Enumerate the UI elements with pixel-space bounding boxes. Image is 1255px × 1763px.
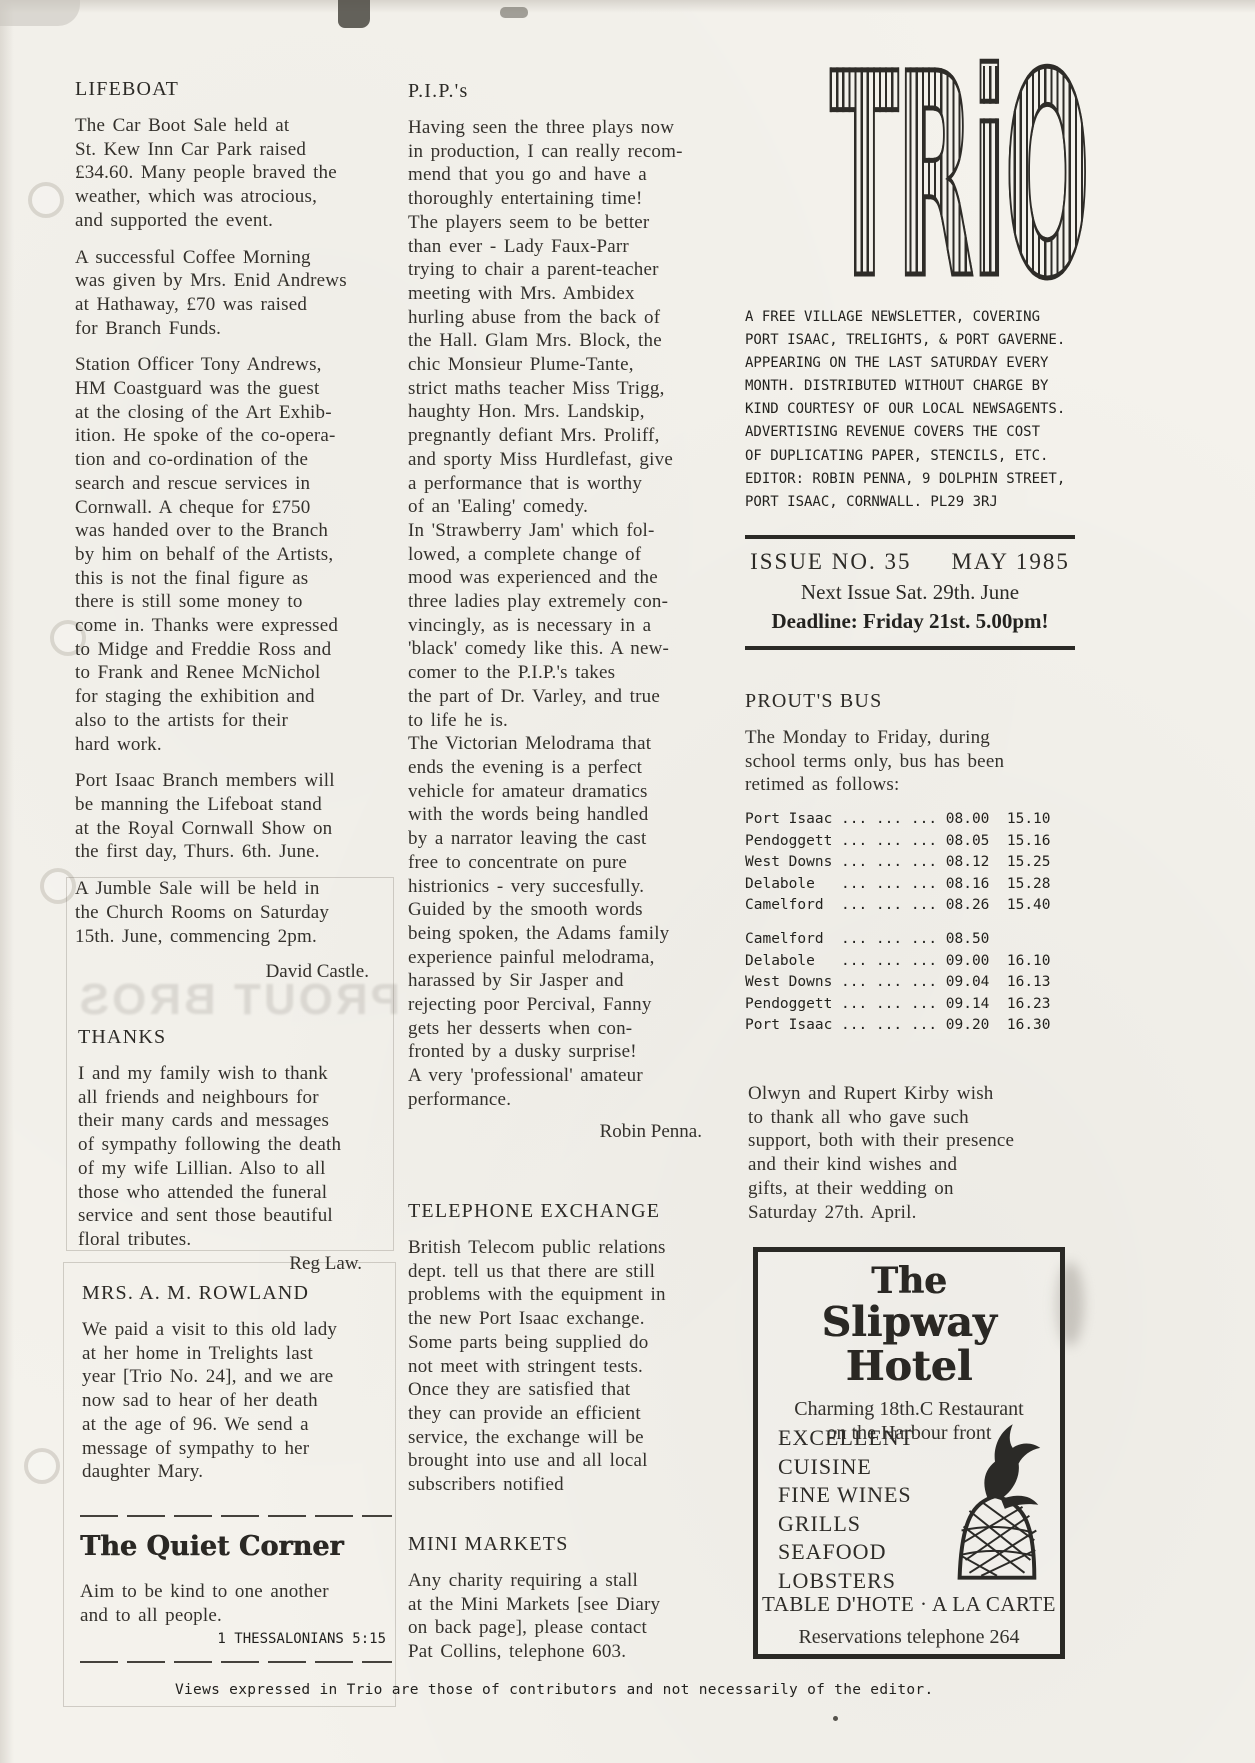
article-prouts-bus: PROUT'S BUS The Monday to Friday, during… [745, 690, 1070, 1037]
hotel-name-line2: Slipway Hotel [758, 1300, 1060, 1388]
scripture-citation: 1 THESSALONIANS 5:15 [80, 1631, 392, 1647]
bus-time: 08.05 [946, 831, 1007, 853]
feature-item: FINE WINES [778, 1481, 914, 1510]
bus-stop: West Downs [745, 972, 841, 994]
wedding-thanks-paragraph: Olwyn and Rupert Kirby wish to thank all… [748, 1082, 1070, 1224]
article-bus-heading: PROUT'S BUS [745, 690, 1070, 713]
signature: David Castle. [75, 961, 397, 983]
bus-dots: ... ... ... [841, 831, 946, 853]
article-rowland-heading: MRS. A. M. ROWLAND [82, 1282, 394, 1305]
bus-time: 15.25 [1007, 852, 1068, 874]
article-telephone-exchange: TELEPHONE EXCHANGE British Telecom publi… [408, 1200, 744, 1510]
bus-stop: West Downs [745, 852, 841, 874]
paragraph: Aim to be kind to one another and to all… [80, 1580, 392, 1627]
article-thanks: THANKS I and my family wish to thank all… [78, 1026, 394, 1275]
bus-dots: ... ... ... [841, 895, 946, 917]
bus-timetable-morning-group: Port Isaac... ... ...08.0015.10Pendogget… [745, 809, 1070, 917]
scan-edge-left [0, 0, 14, 1763]
feature-item: SEAFOOD [778, 1538, 914, 1567]
issue-number-line: ISSUE NO. 35 MAY 1985 [749, 549, 1071, 575]
bus-dots: ... ... ... [841, 994, 946, 1016]
article-pips: P.I.P.'s Having seen the three plays now… [408, 80, 744, 1143]
trio-masthead-logo: TRiO [830, 66, 1070, 294]
bus-time: 15.10 [1007, 809, 1068, 831]
article-lifeboat-heading: LIFEBOAT [75, 78, 397, 101]
article-mini-markets-heading: MINI MARKETS [408, 1533, 744, 1556]
paragraph: The Car Boot Sale held at St. Kew Inn Ca… [75, 114, 397, 233]
bus-time: 09.04 [946, 972, 1007, 994]
bus-stop: Camelford [745, 895, 841, 917]
bus-timetable-row: West Downs... ... ...08.1215.25 [745, 852, 1070, 874]
bus-stop: Delabole [745, 874, 841, 896]
paragraph: We paid a visit to this old lady at her … [82, 1318, 394, 1484]
signature: Robin Penna. [408, 1121, 744, 1143]
bus-stop: Port Isaac [745, 1015, 841, 1037]
scan-artifact-mark [500, 7, 528, 18]
issue-number: ISSUE NO. 35 [750, 549, 911, 575]
bus-time: 15.40 [1007, 895, 1068, 917]
issue-info-box: ISSUE NO. 35 MAY 1985 Next Issue Sat. 29… [745, 535, 1075, 650]
bus-timetable-row: Pendoggett... ... ...08.0515.16 [745, 831, 1070, 853]
bus-time: 08.12 [946, 852, 1007, 874]
article-pips-heading: P.I.P.'s [408, 80, 744, 103]
feature-item: GRILLS [778, 1510, 914, 1539]
bus-stop: Camelford [745, 929, 841, 951]
scanned-newsletter-page: { "page": { "footer": "Views expressed i… [0, 0, 1255, 1763]
bus-timetable-row: Port Isaac... ... ...09.2016.30 [745, 1015, 1070, 1037]
bus-time: 16.13 [1007, 972, 1068, 994]
hole-punch [24, 1448, 60, 1484]
bus-stop: Pendoggett [745, 994, 841, 1016]
bus-timetable-row: Delabole... ... ...09.0016.10 [745, 951, 1070, 973]
paragraph: Station Officer Tony Andrews, HM Coastgu… [75, 353, 397, 756]
bus-timetable-return-group: Camelford... ... ...08.50Delabole... ...… [745, 929, 1070, 1037]
bus-timetable-row: Delabole... ... ...08.1615.28 [745, 874, 1070, 896]
deadline-line: Deadline: Friday 21st. 5.00pm! [749, 609, 1071, 634]
bus-stop: Delabole [745, 951, 841, 973]
dashed-rule [80, 1515, 392, 1517]
quiet-corner-section: The Quiet Corner Aim to be kind to one a… [80, 1515, 392, 1663]
signature: Reg Law. [78, 1253, 394, 1275]
reservations-line: Reservations telephone 264 [758, 1626, 1060, 1649]
hotel-feature-list: EXCELLENT CUISINE FINE WINES GRILLS SEAF… [778, 1424, 914, 1595]
issue-date: MAY 1985 [951, 549, 1069, 575]
bus-stop: Port Isaac [745, 809, 841, 831]
hotel-name-line1: The [758, 1262, 1060, 1300]
bus-timetable-row: West Downs... ... ...09.0416.13 [745, 972, 1070, 994]
paragraph: Any charity requiring a stall at the Min… [408, 1569, 744, 1664]
bus-time: 08.16 [946, 874, 1007, 896]
bus-time: 16.10 [1007, 951, 1068, 973]
slipway-hotel-advert: The Slipway Hotel Charming 18th.C Restau… [753, 1247, 1065, 1659]
bus-time: 08.26 [946, 895, 1007, 917]
bus-time: 16.30 [1007, 1015, 1068, 1037]
scan-artifact-blob [338, 0, 370, 28]
quiet-corner-heading: The Quiet Corner [80, 1531, 392, 1562]
scan-dot [833, 1716, 838, 1721]
article-telephone-heading: TELEPHONE EXCHANGE [408, 1200, 744, 1223]
bus-time: 08.00 [946, 809, 1007, 831]
bus-time: 16.23 [1007, 994, 1068, 1016]
table-dhote-line: TABLE D'HOTE · A LA CARTE [758, 1592, 1060, 1617]
bus-stop: Pendoggett [745, 831, 841, 853]
bus-dots: ... ... ... [841, 1015, 946, 1037]
bus-time: 15.28 [1007, 874, 1068, 896]
bus-timetable-row: Pendoggett... ... ...09.1416.23 [745, 994, 1070, 1016]
bus-dots: ... ... ... [841, 929, 946, 951]
feature-item: CUISINE [778, 1453, 914, 1482]
bus-timetable: Port Isaac... ... ...08.0015.10Pendogget… [745, 809, 1070, 1037]
bus-timetable-row: Port Isaac... ... ...08.0015.10 [745, 809, 1070, 831]
bus-dots: ... ... ... [841, 951, 946, 973]
bus-dots: ... ... ... [841, 972, 946, 994]
bus-time: 08.50 [946, 929, 1007, 951]
bus-dots: ... ... ... [841, 809, 946, 831]
scan-corner-shadow [0, 0, 80, 26]
bus-timetable-row: Camelford... ... ...08.2615.40 [745, 895, 1070, 917]
bus-dots: ... ... ... [841, 852, 946, 874]
hole-punch [28, 182, 64, 218]
bus-timetable-row: Camelford... ... ...08.50 [745, 929, 1070, 951]
article-lifeboat: LIFEBOAT The Car Boot Sale held at St. K… [75, 78, 397, 983]
scan-edge-top [0, 0, 1255, 13]
paragraph: The Monday to Friday, during school term… [745, 726, 1070, 797]
footer-disclaimer: Views expressed in Trio are those of con… [175, 1682, 965, 1698]
bus-time: 09.00 [946, 951, 1007, 973]
bus-time: 09.20 [946, 1015, 1007, 1037]
article-thanks-heading: THANKS [78, 1026, 394, 1049]
dashed-rule [80, 1661, 392, 1663]
bus-time: 09.14 [946, 994, 1007, 1016]
trio-logo-text: TRiO [830, 66, 1088, 291]
article-mini-markets: MINI MARKETS Any charity requiring a sta… [408, 1533, 744, 1677]
seagull-lobster-pot-illustration [936, 1412, 1054, 1590]
paragraph: I and my family wish to thank all friend… [78, 1062, 394, 1252]
feature-item: LOBSTERS [778, 1567, 914, 1596]
bus-time: 15.16 [1007, 831, 1068, 853]
article-body: Having seen the three plays now in produ… [408, 116, 744, 1112]
next-issue-line: Next Issue Sat. 29th. June [749, 580, 1071, 605]
bus-dots: ... ... ... [841, 874, 946, 896]
paragraph: Port Isaac Branch members will be mannin… [75, 769, 397, 864]
paragraph: British Telecom public relations dept. t… [408, 1236, 744, 1497]
feature-item: EXCELLENT [778, 1424, 914, 1453]
article-rowland: MRS. A. M. ROWLAND We paid a visit to th… [82, 1282, 394, 1497]
paragraph: A successful Coffee Morning was given by… [75, 246, 397, 341]
paragraph: A Jumble Sale will be held in the Church… [75, 877, 397, 948]
masthead-description: A FREE VILLAGE NEWSLETTER, COVERING PORT… [745, 306, 1070, 514]
